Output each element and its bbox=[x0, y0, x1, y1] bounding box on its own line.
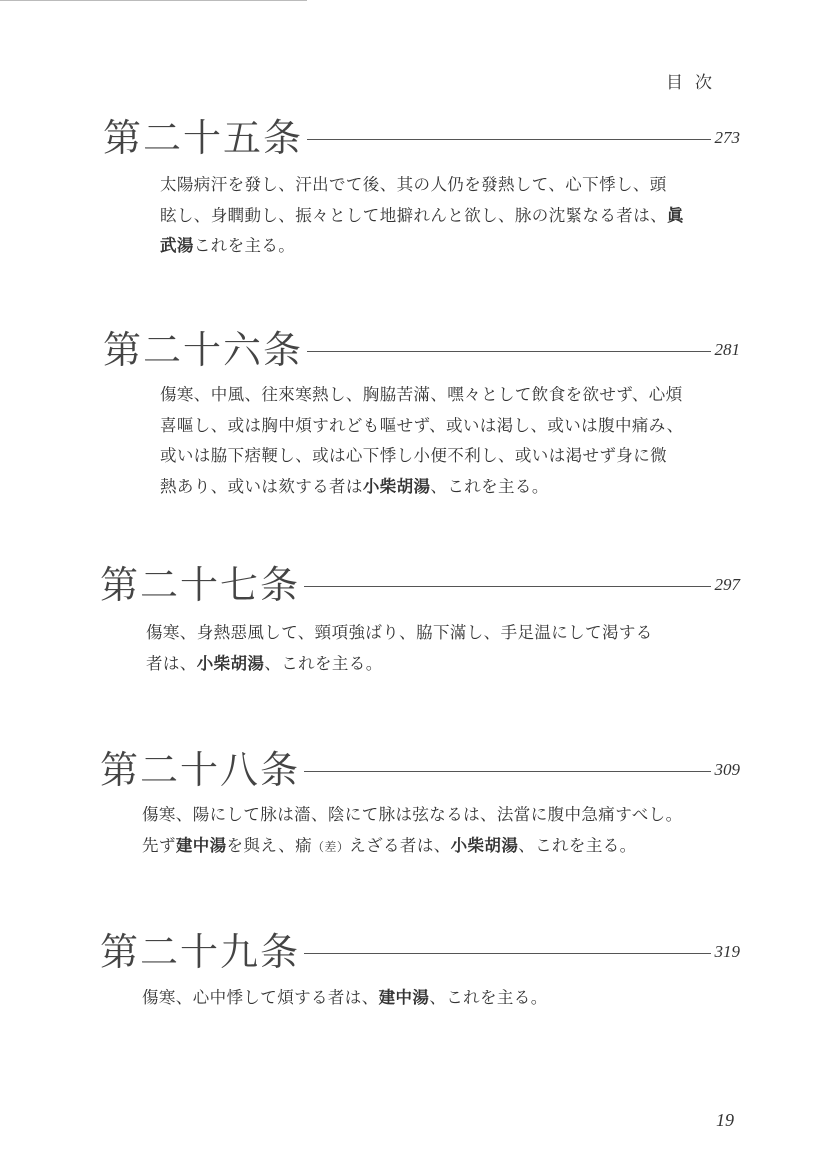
text-run: 、これを主る。 bbox=[430, 477, 548, 496]
text-run: 、これを主る。 bbox=[264, 654, 382, 673]
formula-name: 小柴胡湯 bbox=[363, 477, 431, 496]
page-number-ref: 281 bbox=[715, 328, 741, 372]
text-line: 太陽病汗を發し、汗出でて後、其の人仍を發熱して、心下悸し、頭 bbox=[160, 170, 684, 201]
text-run: 者は、 bbox=[146, 654, 197, 673]
text-line: 或いは脇下痞鞕し、或は心下悸し小便不利し、或いは渇せず身に微 bbox=[160, 441, 684, 472]
article-text: 傷寒、中風、往來寒熱し、胸脇苦滿、嘿々として飲食を欲せず、心煩喜嘔し、或は胸中煩… bbox=[160, 380, 684, 502]
toc-entry-heading[interactable]: 第二十五条 273 bbox=[103, 116, 740, 160]
text-run: 、これを主る。 bbox=[429, 988, 547, 1007]
article-text: 傷寒、陽にして脉は濇、陰にて脉は弦なるは、法當に腹中急痛すべし。先ず建中湯を與え… bbox=[142, 800, 682, 862]
text-line: 傷寒、心中悸して煩する者は、建中湯、これを主る。 bbox=[142, 983, 548, 1014]
page-number-ref: 273 bbox=[715, 116, 741, 160]
article-title: 第二十六条 bbox=[103, 328, 303, 372]
article-title: 第二十五条 bbox=[103, 116, 303, 160]
text-run: 或いは脇下痞鞕し、或は心下悸し小便不利し、或いは渇せず身に微 bbox=[160, 446, 667, 465]
text-run: 太陽病汗を發し、汗出でて後、其の人仍を發熱して、心下悸し、頭 bbox=[160, 175, 667, 194]
toc-entry-heading[interactable]: 第二十九条 319 bbox=[100, 930, 740, 974]
formula-name: 建中湯 bbox=[379, 988, 430, 1007]
text-run: 喜嘔し、或は胸中煩すれども嘔せず、或いは渇し、或いは腹中痛み、 bbox=[160, 416, 684, 435]
article-text: 傷寒、身熱惡風して、頸項強ばり、脇下滿し、手足温にして渇する者は、小柴胡湯、これ… bbox=[146, 618, 653, 679]
dot-leader bbox=[307, 351, 710, 352]
text-run: これを主る。 bbox=[194, 236, 295, 255]
text-run: 眩し、身瞤動し、振々として地擗れんと欲し、脉の沈緊なる者は、 bbox=[160, 206, 667, 225]
text-run: 傷寒、身熱惡風して、頸項強ばり、脇下滿し、手足温にして渇する bbox=[146, 623, 653, 642]
toc-entry-heading[interactable]: 第二十七条 297 bbox=[100, 563, 740, 607]
annotation: （差） bbox=[312, 840, 349, 854]
dot-leader bbox=[304, 586, 710, 587]
text-run: を與え、瘉 bbox=[227, 836, 313, 855]
text-line: 眩し、身瞤動し、振々として地擗れんと欲し、脉の沈緊なる者は、眞 bbox=[160, 201, 684, 232]
text-line: 武湯これを主る。 bbox=[160, 231, 684, 262]
page-number-ref: 309 bbox=[715, 748, 741, 792]
formula-name: 小柴胡湯 bbox=[197, 654, 265, 673]
text-run: 傷寒、陽にして脉は濇、陰にて脉は弦なるは、法當に腹中急痛すべし。 bbox=[142, 805, 682, 824]
formula-name: 建中湯 bbox=[176, 836, 227, 855]
text-line: 先ず建中湯を與え、瘉（差）えざる者は、小柴胡湯、これを主る。 bbox=[142, 831, 682, 863]
text-line: 傷寒、身熱惡風して、頸項強ばり、脇下滿し、手足温にして渇する bbox=[146, 618, 653, 649]
article-title: 第二十八条 bbox=[100, 748, 300, 792]
article-title: 第二十七条 bbox=[100, 563, 300, 607]
text-line: 喜嘔し、或は胸中煩すれども嘔せず、或いは渇し、或いは腹中痛み、 bbox=[160, 411, 684, 442]
text-run: 、これを主る。 bbox=[518, 836, 636, 855]
formula-name: 小柴胡湯 bbox=[451, 836, 519, 855]
dot-leader bbox=[304, 771, 710, 772]
text-line: 傷寒、陽にして脉は濇、陰にて脉は弦なるは、法當に腹中急痛すべし。 bbox=[142, 800, 682, 831]
scan-edge bbox=[0, 0, 307, 1]
toc-entry-heading[interactable]: 第二十八条 309 bbox=[100, 748, 740, 792]
formula-name: 武湯 bbox=[160, 236, 194, 255]
article-text: 太陽病汗を發し、汗出でて後、其の人仍を發熱して、心下悸し、頭眩し、身瞤動し、振々… bbox=[160, 170, 684, 262]
article-title: 第二十九条 bbox=[100, 930, 300, 974]
running-head: 目次 bbox=[666, 68, 724, 93]
text-run: 熱あり、或いは欬する者は bbox=[160, 477, 363, 496]
page-number-ref: 297 bbox=[715, 563, 741, 607]
article-text: 傷寒、心中悸して煩する者は、建中湯、これを主る。 bbox=[142, 983, 548, 1014]
text-run: 傷寒、中風、往來寒熱し、胸脇苦滿、嘿々として飲食を欲せず、心煩 bbox=[160, 385, 683, 404]
formula-name: 眞 bbox=[667, 206, 684, 225]
text-run: 先ず bbox=[142, 836, 176, 855]
text-line: 熱あり、或いは欬する者は小柴胡湯、これを主る。 bbox=[160, 472, 684, 503]
text-run: 傷寒、心中悸して煩する者は、 bbox=[142, 988, 379, 1007]
toc-entry-heading[interactable]: 第二十六条 281 bbox=[103, 328, 740, 372]
text-line: 者は、小柴胡湯、これを主る。 bbox=[146, 649, 653, 680]
text-run: えざる者は、 bbox=[349, 836, 450, 855]
dot-leader bbox=[304, 953, 710, 954]
page-number-ref: 319 bbox=[715, 930, 741, 974]
text-line: 傷寒、中風、往來寒熱し、胸脇苦滿、嘿々として飲食を欲せず、心煩 bbox=[160, 380, 684, 411]
page-number: 19 bbox=[716, 1110, 734, 1131]
dot-leader bbox=[307, 139, 710, 140]
